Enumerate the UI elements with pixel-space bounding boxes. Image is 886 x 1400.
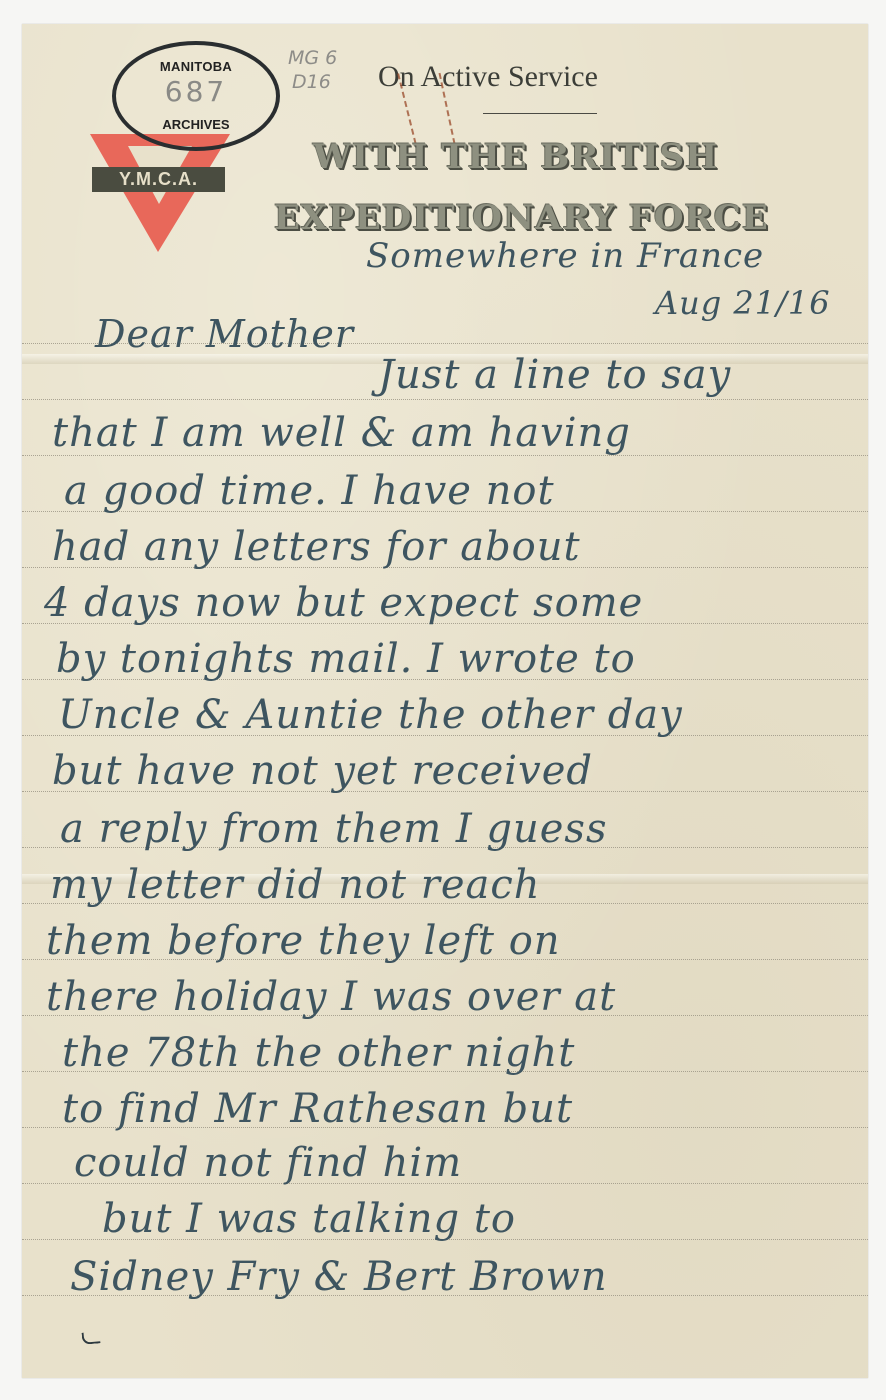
letter-line: the 78th the other night <box>62 1030 575 1076</box>
catalog-note-line: MG 6 <box>288 46 337 70</box>
ymca-logo-text: Y.M.C.A. <box>119 169 198 190</box>
letter-location: Somewhere in France <box>366 236 764 276</box>
letter-line: had any letters for about <box>52 524 581 570</box>
letter-line: Just a line to say <box>378 352 731 398</box>
letter-line: there holiday I was over at <box>46 974 616 1020</box>
letter-line: to find Mr Rathesan but <box>62 1086 573 1132</box>
letterhead-title-line-2: EXPEDITIONARY FORCE <box>274 198 769 238</box>
letter-line: a reply from them I guess <box>60 806 607 852</box>
letterhead-divider <box>483 113 597 114</box>
stamp-top-text: MANITOBA <box>116 59 276 74</box>
letterhead-title-line-1: WITH THE BRITISH <box>313 137 718 177</box>
letter-line: could not find him <box>74 1140 462 1186</box>
letter-line: but have not yet received <box>52 748 593 794</box>
letter-date: Aug 21/16 <box>655 284 831 322</box>
archive-stamp: MANITOBA 687 ARCHIVES <box>112 41 280 151</box>
letter-line: them before they left on <box>46 918 561 964</box>
letter-line: by tonights mail. I wrote to <box>56 636 636 682</box>
ymca-logo: Y.M.C.A. <box>92 167 225 192</box>
letter-line: Sidney Fry & Bert Brown <box>70 1254 608 1300</box>
letter-line: that I am well & am having <box>52 410 631 456</box>
ink-mark <box>82 1331 101 1345</box>
stamp-number: 687 <box>116 75 276 108</box>
catalog-note-line: D16 <box>288 70 337 94</box>
stamp-bottom-text: ARCHIVES <box>116 117 276 132</box>
letter-line: 4 days now but expect some <box>44 580 643 626</box>
ymca-triangle-icon <box>90 134 230 252</box>
letterhead-subtitle: On Active Service <box>378 60 598 94</box>
letter-line: a good time. I have not <box>64 468 555 514</box>
letter-line: my letter did not reach <box>50 862 541 908</box>
letter-line: Uncle & Auntie the other day <box>58 692 683 738</box>
catalog-note: MG 6 D16 <box>288 46 337 94</box>
letter-line: but I was talking to <box>102 1196 516 1242</box>
ruled-line <box>22 399 868 400</box>
letter-greeting: Dear Mother <box>95 312 354 356</box>
